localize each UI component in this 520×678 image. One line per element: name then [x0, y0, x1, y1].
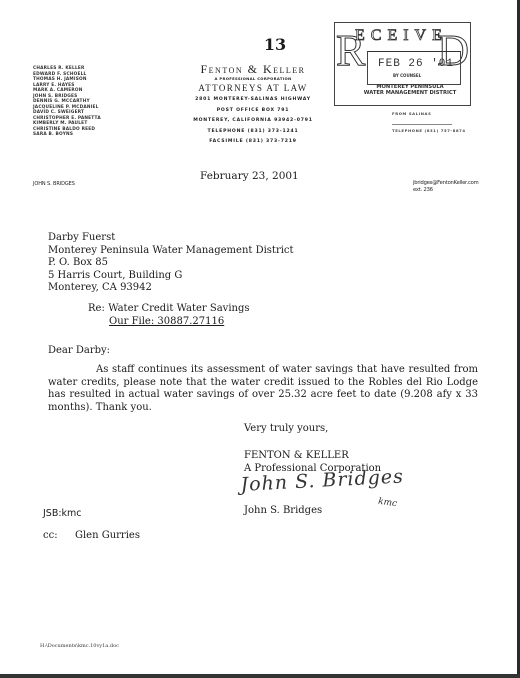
stamp-date-box: FEB 26 '01 BY COUNSEL: [367, 51, 461, 85]
letter-date: February 23, 2001: [200, 170, 299, 182]
document-file-path: H:\Documents\kmc.10vy1a.doc: [40, 643, 119, 649]
cc-line: cc:Glen Gurries: [43, 530, 140, 543]
author-email[interactable]: jbridges@FentonKeller.com: [413, 180, 478, 187]
stamp-organization: Monterey Peninsula Water Management Dist…: [355, 85, 465, 96]
recipient-organization: Monterey Peninsula Water Management Dist…: [48, 245, 294, 258]
partner-name: Sara B. Boyns: [33, 132, 101, 138]
facsimile: Facsimile (831) 373-7219: [168, 139, 338, 144]
reference-subject: Water Credit Water Savings: [108, 303, 249, 314]
address-po-box: Post Office Box 791: [168, 108, 338, 113]
stamp-date: FEB 26 '01: [378, 58, 454, 70]
address-city: Monterey, California 93942-0791: [168, 118, 338, 123]
author-contact: jbridges@FentonKeller.com ext. 236: [413, 180, 478, 193]
salutation: Dear Darby:: [48, 345, 110, 358]
scan-edge-bottom: [0, 674, 520, 678]
stamp-counsel: BY COUNSEL: [393, 73, 421, 78]
typist-initials: JSB:kmc: [43, 508, 82, 519]
page-number: 13: [250, 35, 300, 54]
address-street: 2801 Monterey-Salinas Highway: [168, 97, 338, 102]
recipient-street: 5 Harris Court, Building G: [48, 270, 294, 283]
body-paragraph: As staff continues its assessment of wat…: [48, 364, 478, 414]
reference-block: Re: Water Credit Water Savings Our File:…: [88, 303, 250, 328]
recipient-po-box: P. O. Box 85: [48, 257, 294, 270]
signer-name: John S. Bridges: [244, 505, 322, 518]
recipient-city: Monterey, CA 93942: [48, 282, 294, 295]
author-extension: ext. 236: [413, 187, 478, 194]
signature-initials: kmc: [377, 497, 397, 510]
attorneys-at-law: Attorneys at Law: [168, 83, 338, 93]
cc-name: Glen Gurries: [75, 530, 140, 541]
reference-file: Our File: 30887.27116: [88, 316, 250, 329]
telephone-salinas: Telephone (831) 757-8874: [392, 128, 466, 133]
closing: Very truly yours,: [244, 423, 328, 436]
from-salinas: From Salinas: [392, 111, 431, 116]
stamp-received-text: ECEIVE: [355, 27, 448, 45]
stamp-org-line: Water Management District: [355, 91, 465, 97]
author-name: John S. Bridges: [33, 181, 75, 187]
telephone: Telephone (831) 373-1241: [168, 129, 338, 134]
recipient-address: Darby Fuerst Monterey Peninsula Water Ma…: [48, 232, 294, 295]
cc-label: cc:: [43, 530, 75, 543]
professional-corporation: A Professional Corporation: [168, 76, 338, 81]
signature-firm: FENTON & KELLER: [244, 450, 381, 463]
received-stamp: R D ECEIVE FEB 26 '01 BY COUNSEL Montere…: [334, 22, 471, 106]
firm-name: Fenton & Keller: [168, 62, 338, 77]
partners-list: Charles R. Keller Edward F. Schoell Thom…: [33, 66, 101, 138]
recipient-name: Darby Fuerst: [48, 232, 294, 245]
divider: [392, 124, 452, 125]
reference-label: Re:: [88, 303, 105, 316]
